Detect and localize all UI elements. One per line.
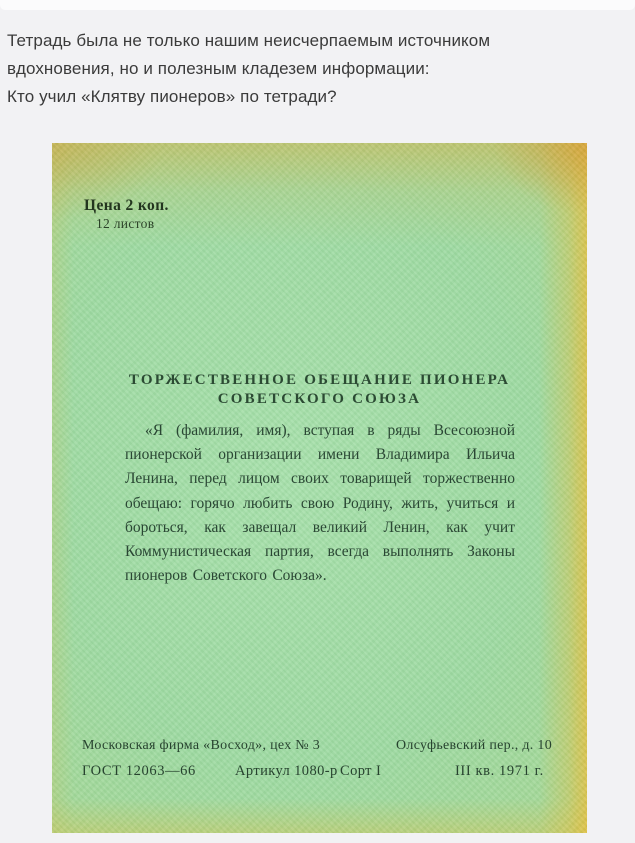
oath-paragraph: «Я (фамилия, имя), вступая в ряды Всесою… <box>125 419 515 588</box>
oath-title: ТОРЖЕСТВЕННОЕ ОБЕЩАНИЕ ПИОНЕРА СОВЕТСКОГ… <box>52 371 587 408</box>
imprint-address: Олсуфьевский пер., д. 10 <box>396 738 552 754</box>
post-content: Тетрадь была не только нашим неисчерпаем… <box>0 0 635 843</box>
top-white-strip <box>0 0 635 10</box>
imprint-gost: ГОСТ 12063—66 <box>82 763 196 780</box>
imprint-article: Артикул 1080-р <box>235 763 338 780</box>
oath-title-line-1: ТОРЖЕСТВЕННОЕ ОБЕЩАНИЕ ПИОНЕРА <box>52 371 587 390</box>
notebook-back-cover: Цена 2 коп. 12 листов ТОРЖЕСТВЕННОЕ ОБЕЩ… <box>52 143 587 833</box>
sheets-count-label: 12 листов <box>96 216 154 232</box>
question-text: Тетрадь была не только нашим неисчерпаем… <box>7 27 607 111</box>
imprint-quarter: III кв. 1971 г. <box>455 763 544 780</box>
imprint-firm: Московская фирма «Восход», цех № 3 <box>82 738 320 754</box>
imprint-sort: Сорт I <box>340 763 381 780</box>
notebook-photo: Цена 2 коп. 12 листов ТОРЖЕСТВЕННОЕ ОБЕЩ… <box>52 143 587 833</box>
price-label: Цена 2 коп. <box>84 197 169 215</box>
oath-title-line-2: СОВЕТСКОГО СОЮЗА <box>52 390 587 409</box>
question-line-3: Кто учил «Клятву пионеров» по тетради? <box>7 83 607 111</box>
question-line-1: Тетрадь была не только нашим неисчерпаем… <box>7 27 607 55</box>
question-line-2: вдохновения, но и полезным кладезем инфо… <box>7 55 607 83</box>
